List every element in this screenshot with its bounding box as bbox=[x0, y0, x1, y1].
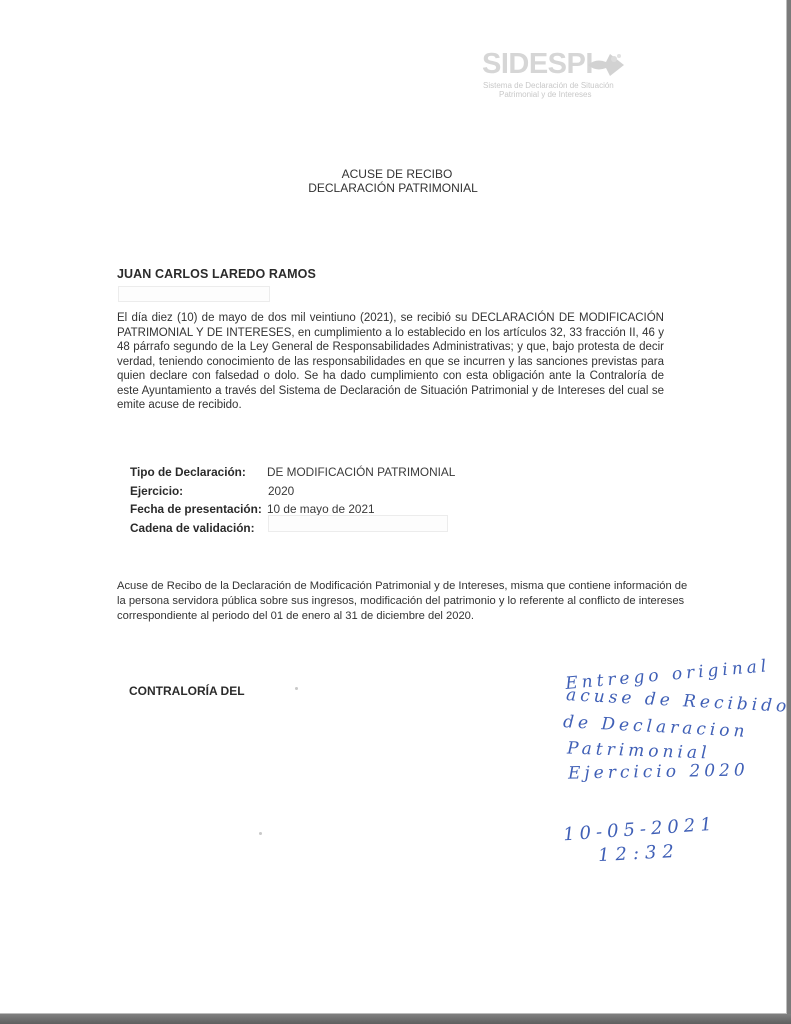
scan-speck bbox=[295, 687, 298, 690]
scanned-document-page: SIDESPI Sistema de Declaración de Situac… bbox=[0, 0, 787, 1014]
handwritten-line: Ejercicio 2020 bbox=[568, 760, 749, 783]
sidespi-logo: SIDESPI Sistema de Declaración de Situac… bbox=[482, 48, 632, 108]
recipient-name: JUAN CARLOS LAREDO RAMOS bbox=[117, 267, 316, 281]
handwritten-line: Patrimonial bbox=[567, 739, 711, 764]
scan-speck bbox=[259, 832, 262, 835]
handwritten-time: 12:32 bbox=[598, 841, 681, 866]
logo-subtitle: Sistema de Declaración de Situación Patr… bbox=[483, 81, 633, 99]
scanner-edge-bottom bbox=[0, 1014, 791, 1024]
field-value: DE MODIFICACIÓN PATRIMONIAL bbox=[267, 463, 455, 482]
logo-subtitle-line2: Patrimonial y de Intereses bbox=[483, 90, 633, 99]
logo-wordmark: SIDESPI bbox=[482, 48, 593, 81]
field-label: Tipo de Declaración: bbox=[130, 463, 267, 482]
logo-subtitle-line1: Sistema de Declaración de Situación bbox=[483, 81, 633, 90]
document-title: ACUSE DE RECIBO DECLARACIÓN PATRIMONIAL bbox=[0, 167, 786, 195]
arrow-icon bbox=[586, 50, 626, 80]
handwritten-line: acuse de Recibido bbox=[566, 685, 791, 717]
field-label: Ejercicio: bbox=[130, 482, 268, 501]
redacted-field bbox=[118, 286, 270, 302]
redacted-validation-string bbox=[268, 515, 448, 532]
issuing-office: CONTRALORÍA DEL bbox=[129, 684, 245, 698]
handwritten-line: de Declaracion bbox=[563, 712, 749, 742]
handwritten-date: 10-05-2021 bbox=[562, 814, 717, 846]
field-value: 2020 bbox=[268, 482, 294, 501]
field-row-tipo: Tipo de Declaración: DE MODIFICACIÓN PAT… bbox=[130, 463, 455, 482]
summary-paragraph: Acuse de Recibo de la Declaración de Mod… bbox=[117, 579, 690, 624]
scanner-edge-right bbox=[787, 0, 791, 1014]
field-label: Fecha de presentación: bbox=[130, 500, 263, 519]
field-row-ejercicio: Ejercicio: 2020 bbox=[130, 482, 455, 501]
title-line-1: ACUSE DE RECIBO bbox=[0, 167, 786, 181]
receipt-paragraph: El día diez (10) de mayo de dos mil vein… bbox=[117, 311, 664, 413]
field-label: Cadena de validación: bbox=[130, 519, 268, 538]
title-line-2: DECLARACIÓN PATRIMONIAL bbox=[0, 181, 786, 195]
